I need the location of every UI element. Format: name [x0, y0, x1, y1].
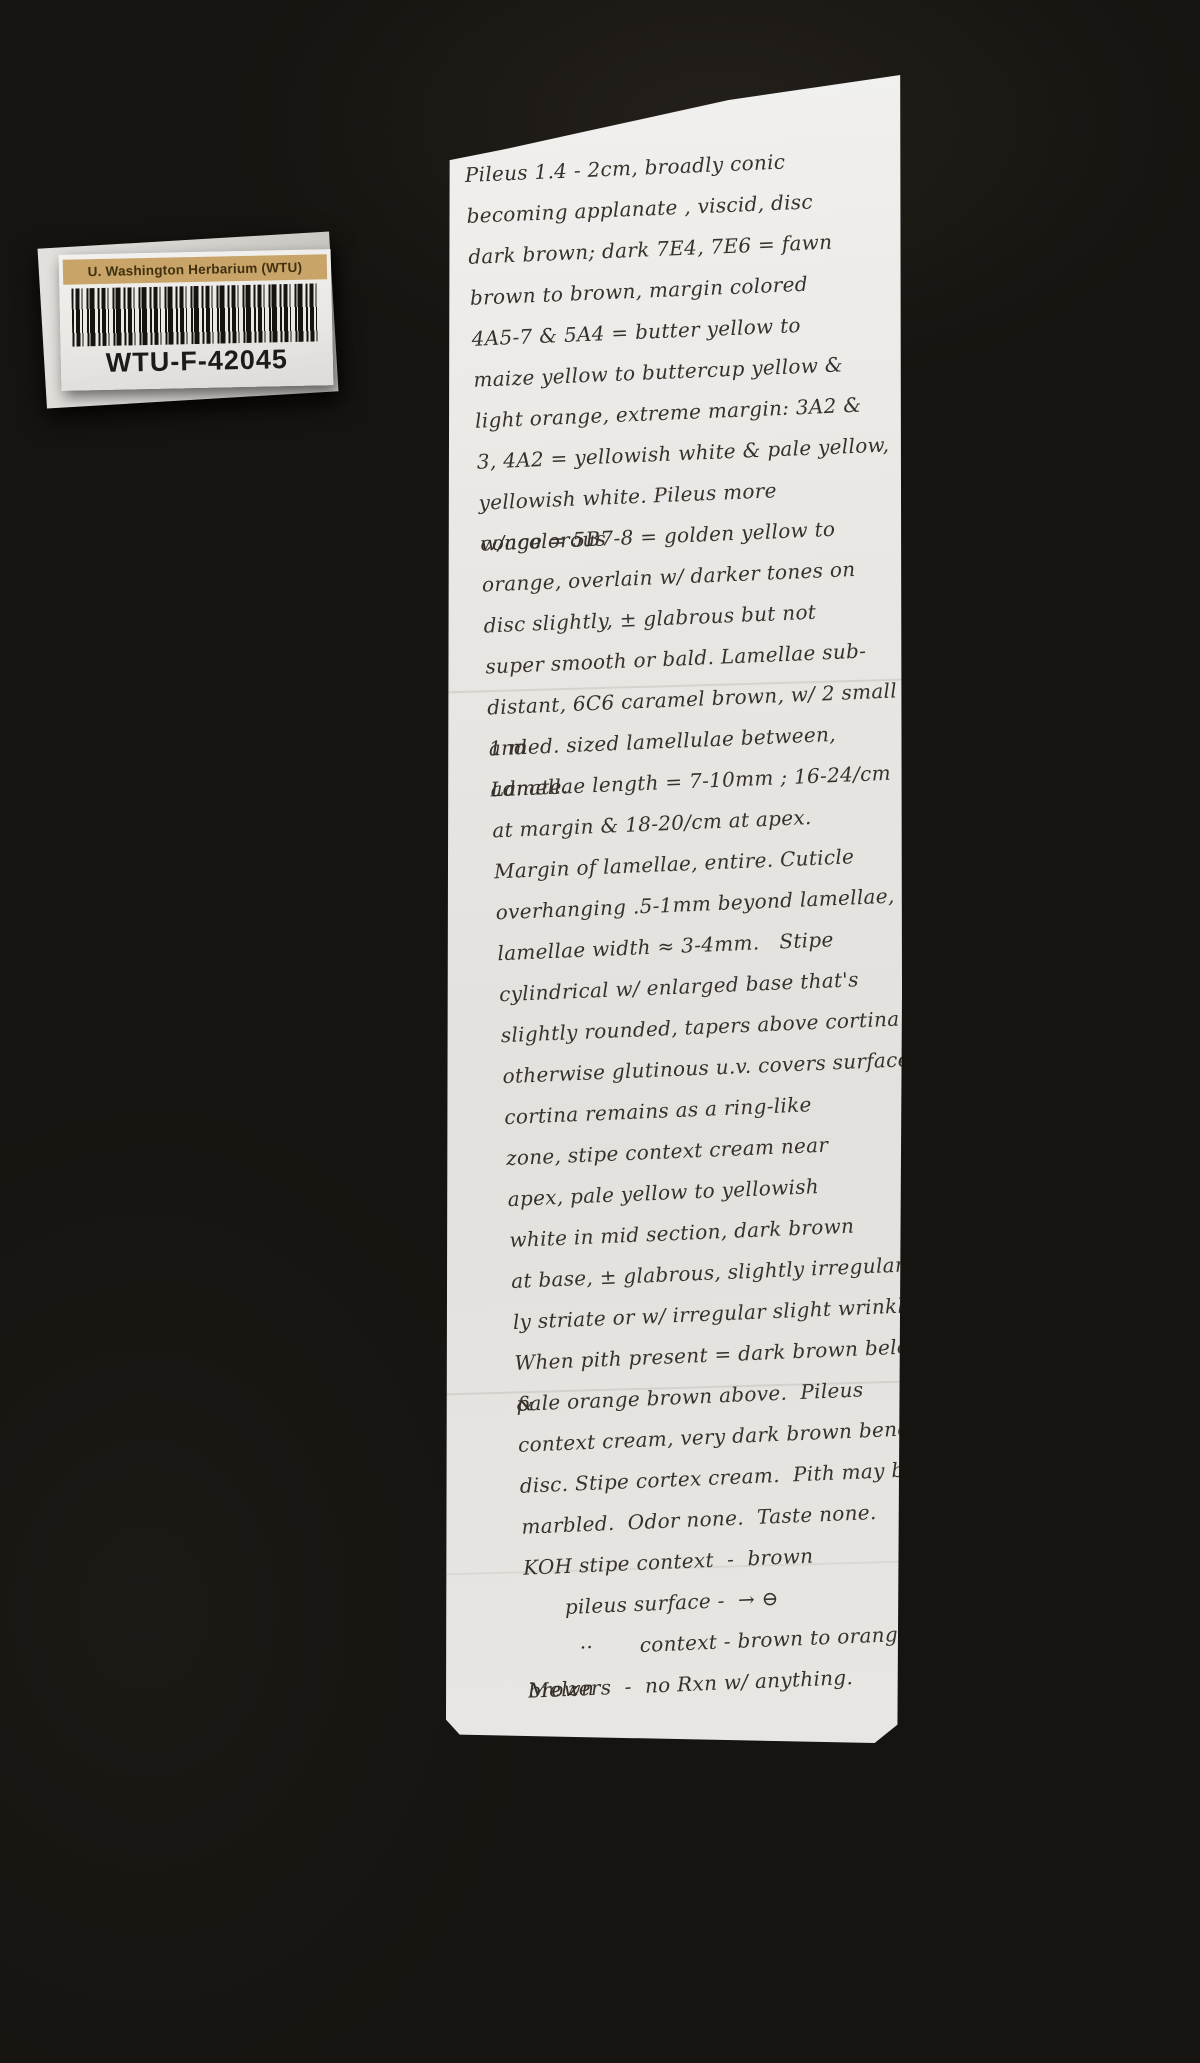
herbarium-barcode-label: U. Washington Herbarium (WTU) WTU-F-4204…: [59, 249, 334, 391]
handwritten-note-paper: Pileus 1.4 - 2cm, broadly conicbecoming …: [446, 75, 902, 1743]
note-lines: Pileus 1.4 - 2cm, broadly conicbecoming …: [464, 137, 959, 1712]
herbarium-label-stack: U. Washington Herbarium (WTU) WTU-F-4204…: [40, 228, 360, 428]
barcode-icon: [71, 283, 320, 346]
specimen-photo-background: U. Washington Herbarium (WTU) WTU-F-4204…: [0, 0, 1200, 2063]
accession-number: WTU-F-42045: [61, 343, 334, 380]
herbarium-name-banner: U. Washington Herbarium (WTU): [63, 254, 327, 285]
